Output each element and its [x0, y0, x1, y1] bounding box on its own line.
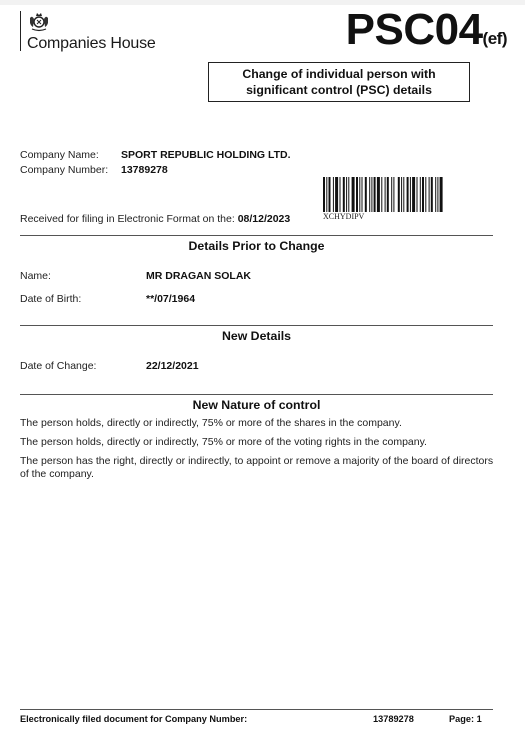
prior-dob-label: Date of Birth: — [20, 293, 81, 305]
section-heading-prior: Details Prior to Change — [20, 239, 493, 253]
divider-2 — [20, 325, 493, 326]
prior-dob-value: **/07/1964 — [146, 293, 195, 305]
received-label-text: Received for filing in Electronic Format… — [20, 213, 235, 225]
royal-crest-icon — [28, 12, 50, 32]
barcode — [323, 177, 491, 212]
nature-item: The person holds, directly or indirectly… — [20, 417, 500, 430]
footer-page: Page: 1 — [449, 714, 482, 724]
nature-item: The person has the right, directly or in… — [20, 455, 500, 481]
prior-name-value: MR DRAGAN SOLAK — [146, 270, 251, 282]
company-number-label: Company Number: — [20, 164, 108, 176]
divider-3 — [20, 394, 493, 395]
barcode-text: XCHYDIPV — [323, 212, 364, 221]
section-heading-new: New Details — [20, 329, 493, 343]
company-name-value: SPORT REPUBLIC HOLDING LTD. — [121, 149, 291, 161]
divider-1 — [20, 235, 493, 236]
footer-divider — [20, 709, 493, 710]
footer-company-number: 13789278 — [373, 714, 414, 724]
form-title-box: Change of individual person with signifi… — [208, 62, 470, 102]
organisation-name: Companies House — [27, 35, 156, 53]
logo-divider — [20, 11, 21, 51]
nature-item: The person holds, directly or indirectly… — [20, 436, 500, 449]
form-title-line2: significant control (PSC) details — [209, 82, 469, 98]
date-of-change-label: Date of Change: — [20, 360, 96, 372]
form-code-suffix: (ef) — [483, 29, 507, 48]
received-label: Received for filing in Electronic Format… — [20, 213, 290, 225]
company-number-value: 13789278 — [121, 164, 168, 176]
received-date: 08/12/2023 — [238, 213, 291, 225]
form-title-line1: Change of individual person with — [209, 66, 469, 82]
prior-name-label: Name: — [20, 270, 51, 282]
form-code: PSC04(ef) — [346, 8, 507, 52]
section-heading-nature: New Nature of control — [20, 398, 493, 412]
date-of-change-value: 22/12/2021 — [146, 360, 199, 372]
company-name-label: Company Name: — [20, 149, 99, 161]
footer-label: Electronically filed document for Compan… — [20, 714, 247, 724]
form-code-main: PSC04 — [346, 5, 483, 54]
